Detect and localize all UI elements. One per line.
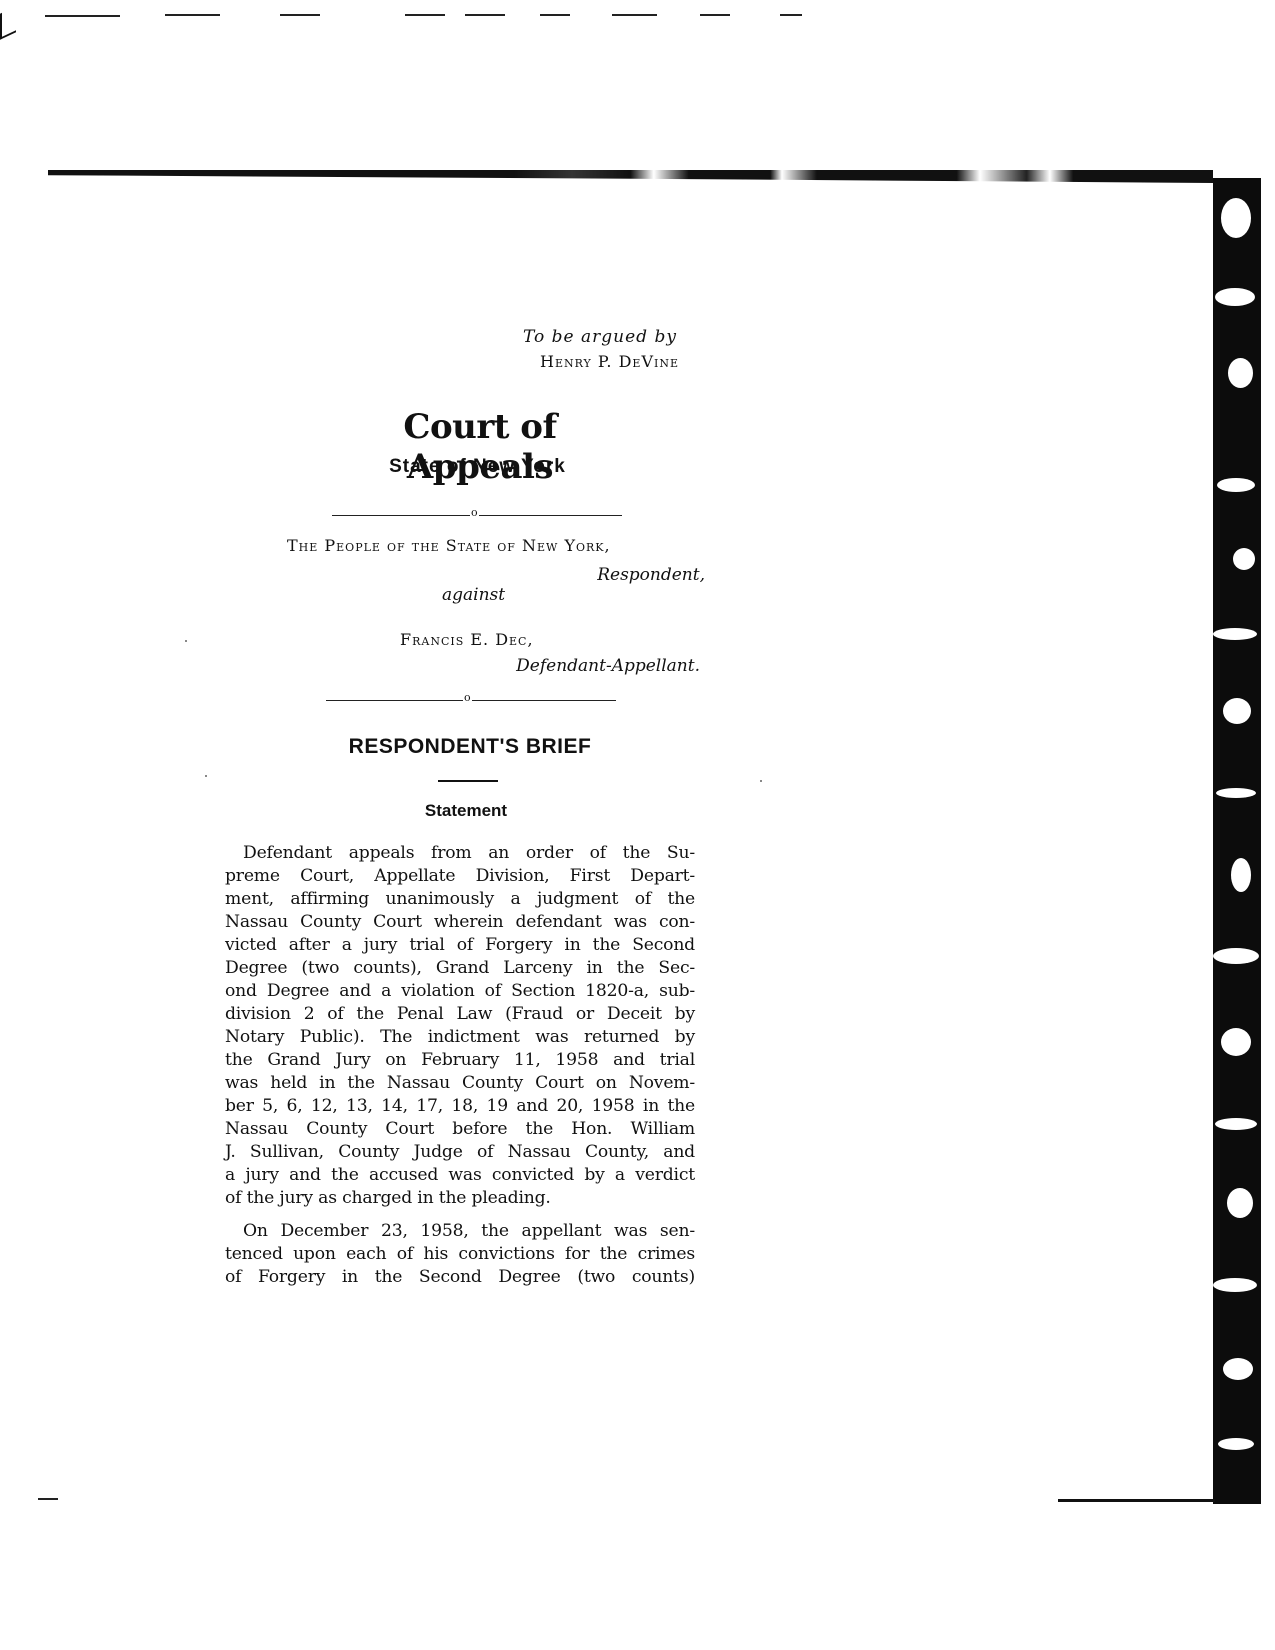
paragraph-line: ber 5, 6, 12, 13, 14, 17, 18, 19 and 20,…: [225, 1095, 695, 1118]
argued-by-label: To be argued by: [523, 327, 677, 347]
title-rule: [438, 780, 498, 782]
document-title: RESPONDENT'S BRIEF: [320, 735, 620, 759]
scan-artifact-dash: [465, 14, 505, 16]
versus-label: against: [442, 585, 505, 605]
paragraph-line: of Forgery in the Second Degree (two cou…: [225, 1266, 695, 1289]
scan-artifact-dash: [700, 14, 730, 16]
scan-artifact-dash: [280, 14, 320, 16]
rule-ornament: o: [463, 691, 472, 704]
counsel-name: Henry P. DeVine: [540, 352, 679, 371]
defendant-name: Francis E. Dec,: [400, 630, 534, 649]
defendant-role: Defendant-Appellant.: [480, 656, 700, 676]
scan-artifact-dash: [540, 14, 570, 16]
paragraph-line: the Grand Jury on February 11, 1958 and …: [225, 1049, 695, 1072]
statement-paragraph-1: Defendant appeals from an order of the S…: [225, 842, 695, 1210]
page-edge-shadow-bottom: [1058, 1499, 1215, 1502]
paragraph-line: Notary Public). The indictment was retur…: [225, 1026, 695, 1049]
paragraph-line: preme Court, Appellate Division, First D…: [225, 865, 695, 888]
paragraph-line: Nassau County Court before the Hon. Will…: [225, 1118, 695, 1141]
scan-artifact-dash: [612, 14, 657, 16]
scan-speck: [205, 775, 207, 777]
scan-artifact-dash: [165, 14, 220, 16]
paragraph-line: division 2 of the Penal Law (Fraud or De…: [225, 1003, 695, 1026]
paragraph-line: Degree (two counts), Grand Larceny in th…: [225, 957, 695, 980]
statement-paragraph-2: On December 23, 1958, the appellant was …: [225, 1220, 695, 1289]
scan-speck: [760, 780, 762, 782]
section-heading: Statement: [380, 801, 552, 821]
paragraph-line: ment, affirming unanimously a judgment o…: [225, 888, 695, 911]
scan-artifact-dash: [405, 14, 445, 16]
scan-artifact-dash: [38, 1498, 58, 1500]
plaintiff-role: Respondent,: [540, 565, 705, 585]
plaintiff-name: The People of the State of New York,: [287, 536, 611, 555]
paragraph-line: ond Degree and a violation of Section 18…: [225, 980, 695, 1003]
scan-speck: [185, 640, 187, 642]
court-jurisdiction: State of New York: [340, 456, 615, 478]
paragraph-line: tenced upon each of his convictions for …: [225, 1243, 695, 1266]
rule-ornament: o: [470, 506, 479, 519]
paragraph-line: J. Sullivan, County Judge of Nassau Coun…: [225, 1141, 695, 1164]
paragraph-line: victed after a jury trial of Forgery in …: [225, 934, 695, 957]
paragraph-line: Nassau County Court wherein defendant wa…: [225, 911, 695, 934]
page-edge-shadow-top: [48, 170, 1213, 183]
paragraph-line: On December 23, 1958, the appellant was …: [225, 1220, 695, 1243]
paragraph-line: was held in the Nassau County Court on N…: [225, 1072, 695, 1095]
paragraph-line: of the jury as charged in the pleading.: [225, 1187, 695, 1210]
paragraph-line: Defendant appeals from an order of the S…: [225, 842, 695, 865]
marbled-binding-edge: [1213, 178, 1261, 1504]
paragraph-line: a jury and the accused was convicted by …: [225, 1164, 695, 1187]
scan-corner-mark: [0, 6, 16, 39]
scan-artifact-dash: [45, 15, 120, 17]
scan-artifact-dash: [780, 14, 802, 16]
